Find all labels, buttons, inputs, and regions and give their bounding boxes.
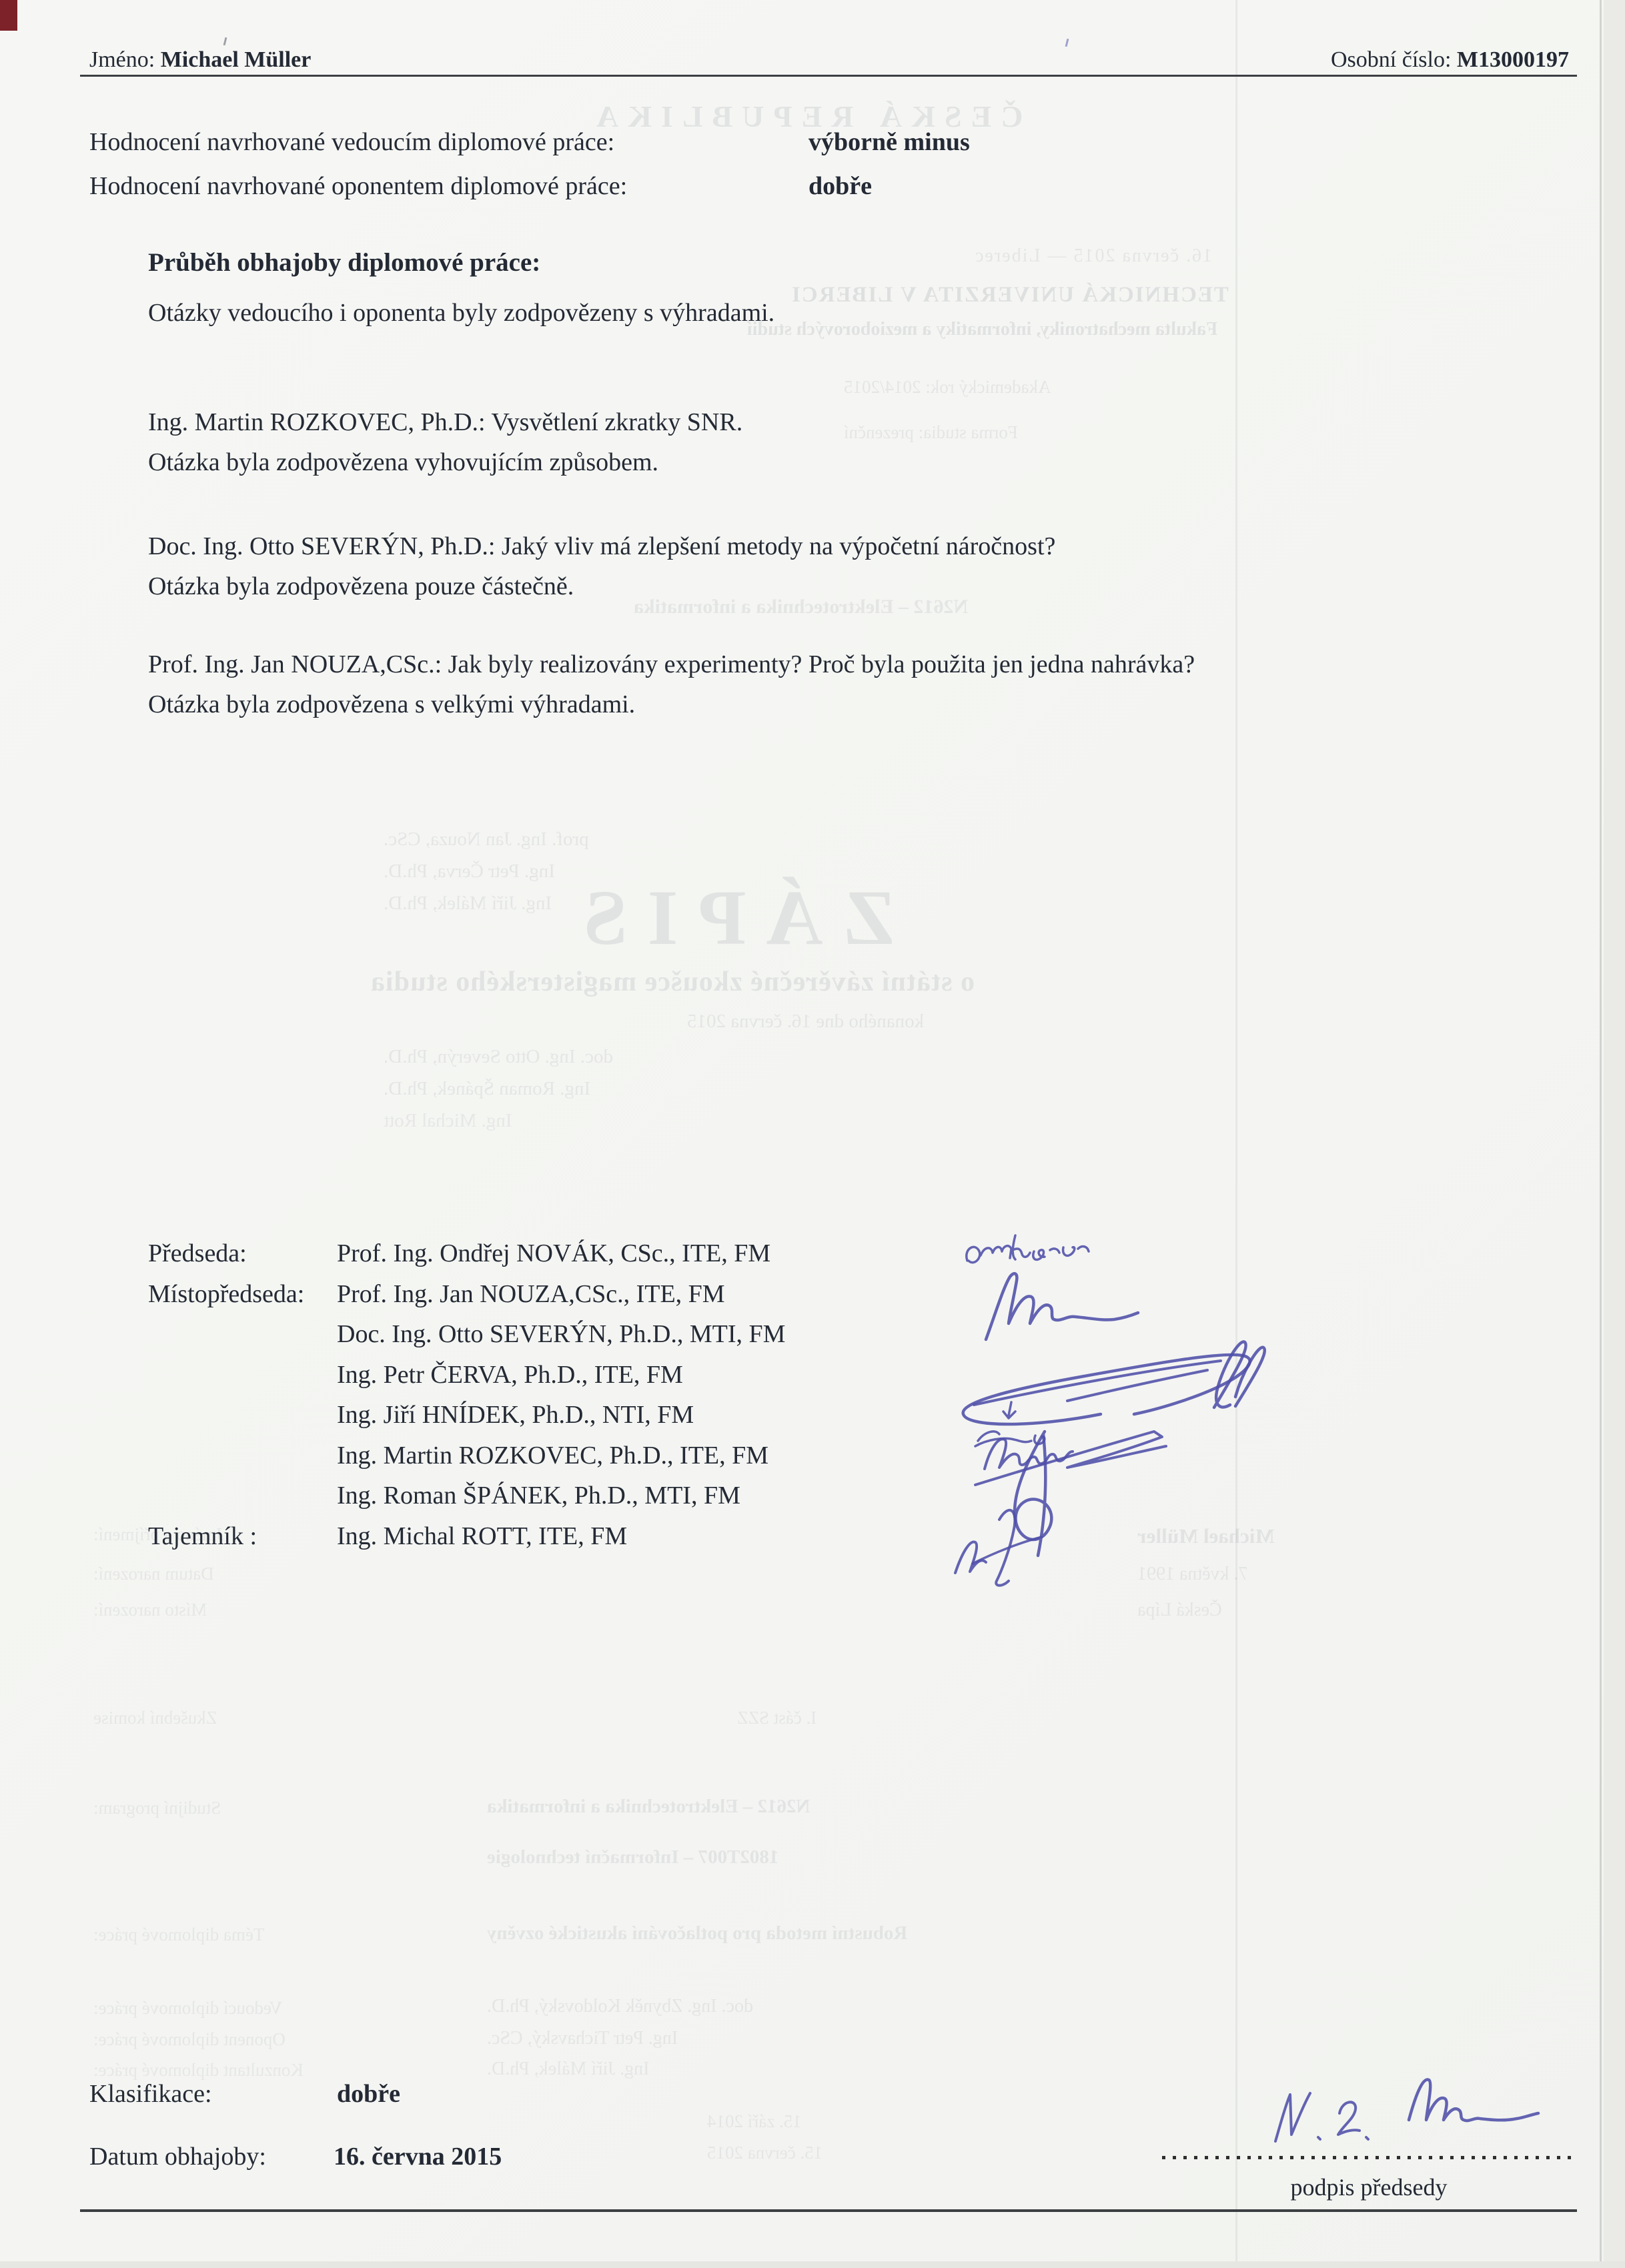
committee-member: Ing. Roman ŠPÁNEK, Ph.D., MTI, FM <box>337 1482 740 1511</box>
bleedthrough-text: TECHNICKÁ UNIVERZITA V LIBERCI <box>790 283 1229 308</box>
bleedthrough-text: I. část SZZ <box>737 1708 817 1728</box>
bleedthrough-text: Místo narození: <box>93 1600 207 1620</box>
bleedthrough-text: o státní závěrečné zkoušce magisterského… <box>370 966 975 998</box>
signature-dotted-line <box>1162 2156 1577 2159</box>
committee-member: Prof. Ing. Ondřej NOVÁK, CSc., ITE, FM <box>337 1239 770 1269</box>
bleedthrough-text: Oponent diplomové práce: <box>93 2029 286 2050</box>
bleedthrough-text: konaného dne 16. června 2015 <box>687 1011 924 1033</box>
bleedthrough-text: doc. Ing. Zbyněk Koldovský, Ph.D. <box>487 1996 753 2017</box>
qa-answer: Otázka byla zodpovězena vyhovujícím způs… <box>148 448 658 478</box>
bleedthrough-text: Akademický rok: 2014/2015 <box>844 377 1051 398</box>
bleedthrough-text: Forma studia: prezenční <box>844 422 1018 443</box>
bleedthrough-text: Ing. Petr Červa, Ph.D. <box>384 861 555 883</box>
personal-id-value: M13000197 <box>1457 47 1569 72</box>
rott-signature <box>955 1510 1042 1586</box>
footer-rule <box>80 2209 1577 2212</box>
qa-question: Doc. Ing. Otto SEVERÝN, Ph.D.: Jaký vliv… <box>148 532 1055 562</box>
bleedthrough-text: N2612 – Elektrotechnika a informatika <box>634 596 968 618</box>
secretary-label: Tajemník : <box>148 1522 257 1552</box>
page-fold-line <box>1235 0 1237 2268</box>
bleedthrough-text: Vedoucí diplomové práce: <box>93 1998 282 2019</box>
bleedthrough-text: doc. Ing. Otto Severýn, Ph.D. <box>384 1046 613 1068</box>
qa-question: Ing. Martin ROZKOVEC, Ph.D.: Vysvětlení … <box>148 408 742 438</box>
nouza-signature <box>986 1273 1138 1339</box>
committee-member: Doc. Ing. Otto SEVERÝN, Ph.D., MTI, FM <box>337 1320 785 1349</box>
committee-member: Prof. Ing. Jan NOUZA,CSc., ITE, FM <box>337 1280 725 1309</box>
bleedthrough-text: Ing. Petr Tichavský, CSc. <box>487 2028 678 2049</box>
defense-date-value: 16. června 2015 <box>334 2143 502 2172</box>
bleedthrough-text: Studijní program: <box>93 1798 221 1818</box>
hnidek-signature <box>975 1432 1166 1485</box>
spanek-signature <box>1015 1432 1051 1556</box>
bleedthrough-text: prof. Ing. Jan Nouza, CSc. <box>384 828 589 851</box>
supervisor-grade-label: Hodnocení navrhované vedoucím diplomové … <box>89 128 614 157</box>
bleedthrough-text: 15. září 2014 <box>707 2111 802 2132</box>
pen-tick-mark <box>1065 39 1069 47</box>
bleedthrough-text: Zkušební komise <box>93 1708 217 1728</box>
qa-answer: Otázka byla zodpovězena s velkými výhrad… <box>148 690 635 720</box>
opponent-grade-label: Hodnocení navrhované oponentem diplomové… <box>89 172 627 201</box>
bleedthrough-text: 15. června 2015 <box>707 2143 823 2163</box>
vice-chairman-label: Místopředseda: <box>148 1280 304 1309</box>
excused-handwritten-note <box>967 1235 1089 1263</box>
bleedthrough-text: 16. června 2015 — Liberec <box>974 245 1212 267</box>
supervisor-grade-value: výborně minus <box>808 128 970 157</box>
bleedthrough-text: Ing. Roman Špánek, Ph.D. <box>384 1078 590 1100</box>
defense-heading: Průběh obhajoby diplomové práce: <box>148 248 540 278</box>
scanned-document-page: ČESKÁ REPUBLIKA16. června 2015 — Liberec… <box>0 0 1625 2268</box>
defense-date-label: Datum obhajoby: <box>89 2143 266 2172</box>
name-label: Jméno: <box>89 47 161 72</box>
bleedthrough-text: Fakulta mechatroniky, informatiky a mezi… <box>747 319 1217 340</box>
bleedthrough-text: Robustní metoda pro potlačování akustick… <box>487 1922 907 1944</box>
personal-id-label: Osobní číslo: <box>1331 47 1457 72</box>
header-name: Jméno: Michael Müller <box>89 47 311 73</box>
scan-bottom-edge <box>0 2261 1625 2268</box>
classification-label: Klasifikace: <box>89 2080 212 2109</box>
opponent-grade-value: dobře <box>808 172 872 201</box>
bleedthrough-text: 1802T007 – Informační technologie <box>487 1846 778 1868</box>
header-personal-id: Osobní číslo: M13000197 <box>1331 47 1569 73</box>
committee-member: Ing. Jiří HNÍDEK, Ph.D., NTI, FM <box>337 1401 694 1430</box>
bleedthrough-text: Téma diplomové práce: <box>93 1924 264 1945</box>
scan-edge-strip <box>1604 0 1625 2268</box>
classification-value: dobře <box>337 2080 400 2109</box>
pen-tick-mark <box>223 37 227 45</box>
bleedthrough-text: Datum narození: <box>93 1564 214 1584</box>
bleedthrough-text: Ing. Michal Rott <box>384 1110 512 1132</box>
bleedthrough-text: N2612 – Elektrotechnika a informatika <box>487 1796 810 1818</box>
chairman-signature-caption: podpis předsedy <box>1235 2173 1502 2201</box>
scan-corner-artifact <box>0 0 17 31</box>
bleedthrough-text: Ing. Jiří Málek, Ph.D. <box>384 893 552 915</box>
committee-signatures-ink <box>934 1207 1307 1594</box>
bleedthrough-text: Ing. Jiří Málek, Ph.D. <box>487 2059 649 2080</box>
committee-member: Ing. Michal ROTT, ITE, FM <box>337 1522 627 1552</box>
scan-seam-line <box>1600 0 1602 2268</box>
defense-summary: Otázky vedoucího i oponenta byly zodpově… <box>148 299 774 328</box>
committee-member: Ing. Petr ČERVA, Ph.D., ITE, FM <box>337 1361 683 1390</box>
chairman-signature-ink <box>1234 2056 1581 2163</box>
qa-question: Prof. Ing. Jan NOUZA,CSc.: Jak byly real… <box>148 650 1195 680</box>
bleedthrough-text: ZÁPIS <box>564 873 896 963</box>
qa-answer: Otázka byla zodpovězena pouze částečně. <box>148 572 574 602</box>
bleedthrough-text: Konzultant diplomové práce: <box>93 2060 304 2081</box>
header-rule <box>80 75 1577 77</box>
committee-member: Ing. Martin ROZKOVEC, Ph.D., ITE, FM <box>337 1442 768 1471</box>
bleedthrough-text: Česká Lípa <box>1137 1600 1222 1621</box>
name-value: Michael Müller <box>161 47 312 72</box>
chairman-label: Předseda: <box>148 1239 247 1269</box>
